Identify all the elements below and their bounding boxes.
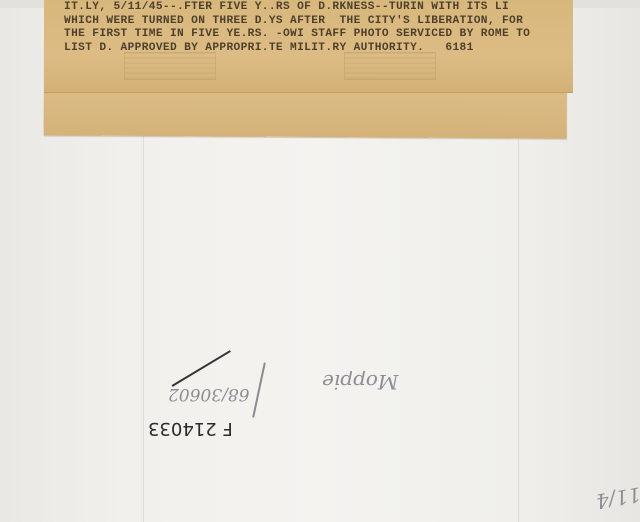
show-through-pattern [124,52,216,80]
show-through-pattern [344,52,436,80]
caption-line: WHICH WERE TURNED ON THREE D.YS AFTER TH… [64,15,565,29]
caption-line: IT.LY, 5/11/45--.FTER FIVE Y..RS OF D.RK… [64,1,565,15]
handwritten-reference: 68/30602 [168,384,249,404]
paper-crease [518,131,519,522]
typed-caption: IT.LY, 5/11/45--.FTER FIVE Y..RS OF D.RK… [64,1,565,55]
caption-line: LIST D. APPROVED BY APPROPRI.TE MILIT.RY… [64,42,565,56]
caption-label: IT.LY, 5/11/45--.FTER FIVE Y..RS OF D.RK… [44,0,573,93]
handwritten-name: Moppie [322,370,398,394]
paper-crease [143,131,144,522]
caption-line: THE FIRST TIME IN FIVE YE.RS. -OWI STAFF… [64,28,565,42]
handwritten-catalog-number: F 214033 [148,418,233,439]
